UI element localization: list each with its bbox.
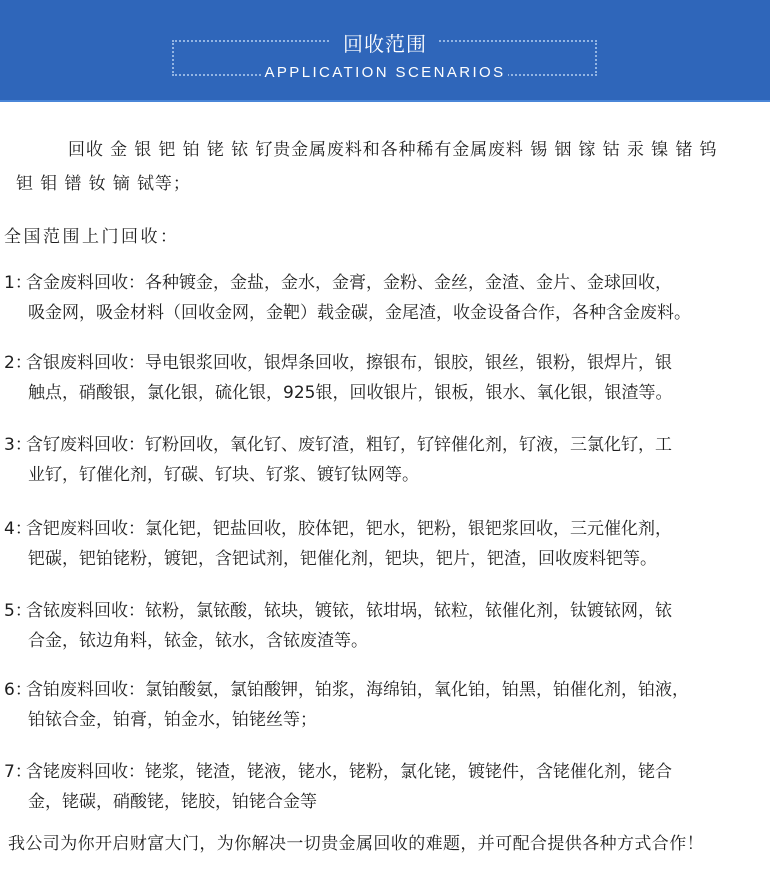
intro-line-1: 回收 金 银 钯 铂 铑 铱 钌贵金属废料和各种稀有金属废料 锡 铟 镓 钴 汞… (68, 137, 717, 163)
item-line-2: 钯碳，钯铂铑粉，镀钯，含钯试剂，钯催化剂，钯块，钯片，钯渣，回收废料钯等。 (4, 546, 672, 572)
item-line-2: 业钌，钌催化剂，钌碳、钌块、钌浆、镀钌钛网等。 (4, 462, 672, 488)
item-number: 6： (4, 677, 26, 703)
item-number: 7： (4, 759, 26, 785)
item-number: 3： (4, 432, 26, 458)
item-line-2: 金，铑碳，硝酸铑，铑胶，铂铑合金等 (4, 789, 672, 815)
list-item-iridium: 5：含铱废料回收：铱粉，氯铱酸，铱块，镀铱，铱坩埚，铱粒，铱催化剂，钛镀铱网，铱… (4, 598, 672, 654)
item-line-1: 含铱废料回收：铱粉，氯铱酸，铱块，镀铱，铱坩埚，铱粒，铱催化剂，钛镀铱网，铱 (26, 601, 672, 621)
item-line-1: 含铂废料回收：氯铂酸氨，氯铂酸钾，铂浆，海绵铂，氧化铂，铂黑，铂催化剂，铂液， (26, 680, 689, 700)
item-number: 1： (4, 270, 26, 296)
scope-heading: 全国范围上门回收： (4, 224, 180, 250)
intro-line-2: 钽 钼 镨 钕 镝 铽等； (16, 171, 191, 197)
banner-title-en: APPLICATION SCENARIOS (0, 64, 770, 81)
banner-title-en-text: APPLICATION SCENARIOS (263, 64, 508, 81)
item-line-2: 合金，铱边角料，铱金，铱水，含铱废渣等。 (4, 628, 672, 654)
list-item-palladium: 4：含钯废料回收：氯化钯，钯盐回收，胶体钯，钯水，钯粉，银钯浆回收，三元催化剂，… (4, 516, 672, 572)
banner-title-cn: 回收范围 (0, 28, 770, 57)
list-item-gold: 1：含金废料回收：各种镀金，金盐，金水，金膏，金粉、金丝，金渣、金片、金球回收，… (4, 270, 691, 326)
item-line-1: 含钌废料回收：钌粉回收，氧化钌、废钌渣，粗钌，钌锌催化剂，钌液，三氯化钌，工 (26, 435, 672, 455)
item-line-2: 吸金网，吸金材料（回收金网，金靶）载金碳，金尾渣，收金设备合作，各种含金废料。 (4, 300, 691, 326)
item-number: 2： (4, 350, 26, 376)
item-line-1: 含钯废料回收：氯化钯，钯盐回收，胶体钯，钯水，钯粉，银钯浆回收，三元催化剂， (26, 519, 672, 539)
list-item-silver: 2：含银废料回收：导电银浆回收，银焊条回收，擦银布，银胶，银丝，银粉，银焊片，银… (4, 350, 672, 406)
item-line-1: 含铑废料回收：铑浆，铑渣，铑液，铑水，铑粉，氯化铑，镀铑件，含铑催化剂，铑合 (26, 762, 672, 782)
item-number: 4： (4, 516, 26, 542)
item-line-1: 含银废料回收：导电银浆回收，银焊条回收，擦银布，银胶，银丝，银粉，银焊片，银 (26, 353, 672, 373)
list-item-ruthenium: 3：含钌废料回收：钌粉回收，氧化钌、废钌渣，粗钌，钌锌催化剂，钌液，三氯化钌，工… (4, 432, 672, 488)
item-line-2: 触点，硝酸银，氯化银，硫化银，925银，回收银片，银板，银水、氧化银，银渣等。 (4, 380, 672, 406)
closing-statement: 我公司为你开启财富大门，为你解决一切贵金属回收的难题，并可配合提供各种方式合作！ (8, 831, 704, 857)
list-item-rhodium: 7：含铑废料回收：铑浆，铑渣，铑液，铑水，铑粉，氯化铑，镀铑件，含铑催化剂，铑合… (4, 759, 672, 815)
item-line-1: 含金废料回收：各种镀金，金盐，金水，金膏，金粉、金丝，金渣、金片、金球回收， (26, 273, 672, 293)
item-number: 5： (4, 598, 26, 624)
header-banner: 回收范围 APPLICATION SCENARIOS (0, 0, 770, 102)
item-line-2: 铂铱合金，铂膏，铂金水，铂铑丝等； (4, 707, 689, 733)
banner-title-cn-text: 回收范围 (331, 32, 439, 56)
list-item-platinum: 6：含铂废料回收：氯铂酸氨，氯铂酸钾，铂浆，海绵铂，氧化铂，铂黑，铂催化剂，铂液… (4, 677, 689, 733)
